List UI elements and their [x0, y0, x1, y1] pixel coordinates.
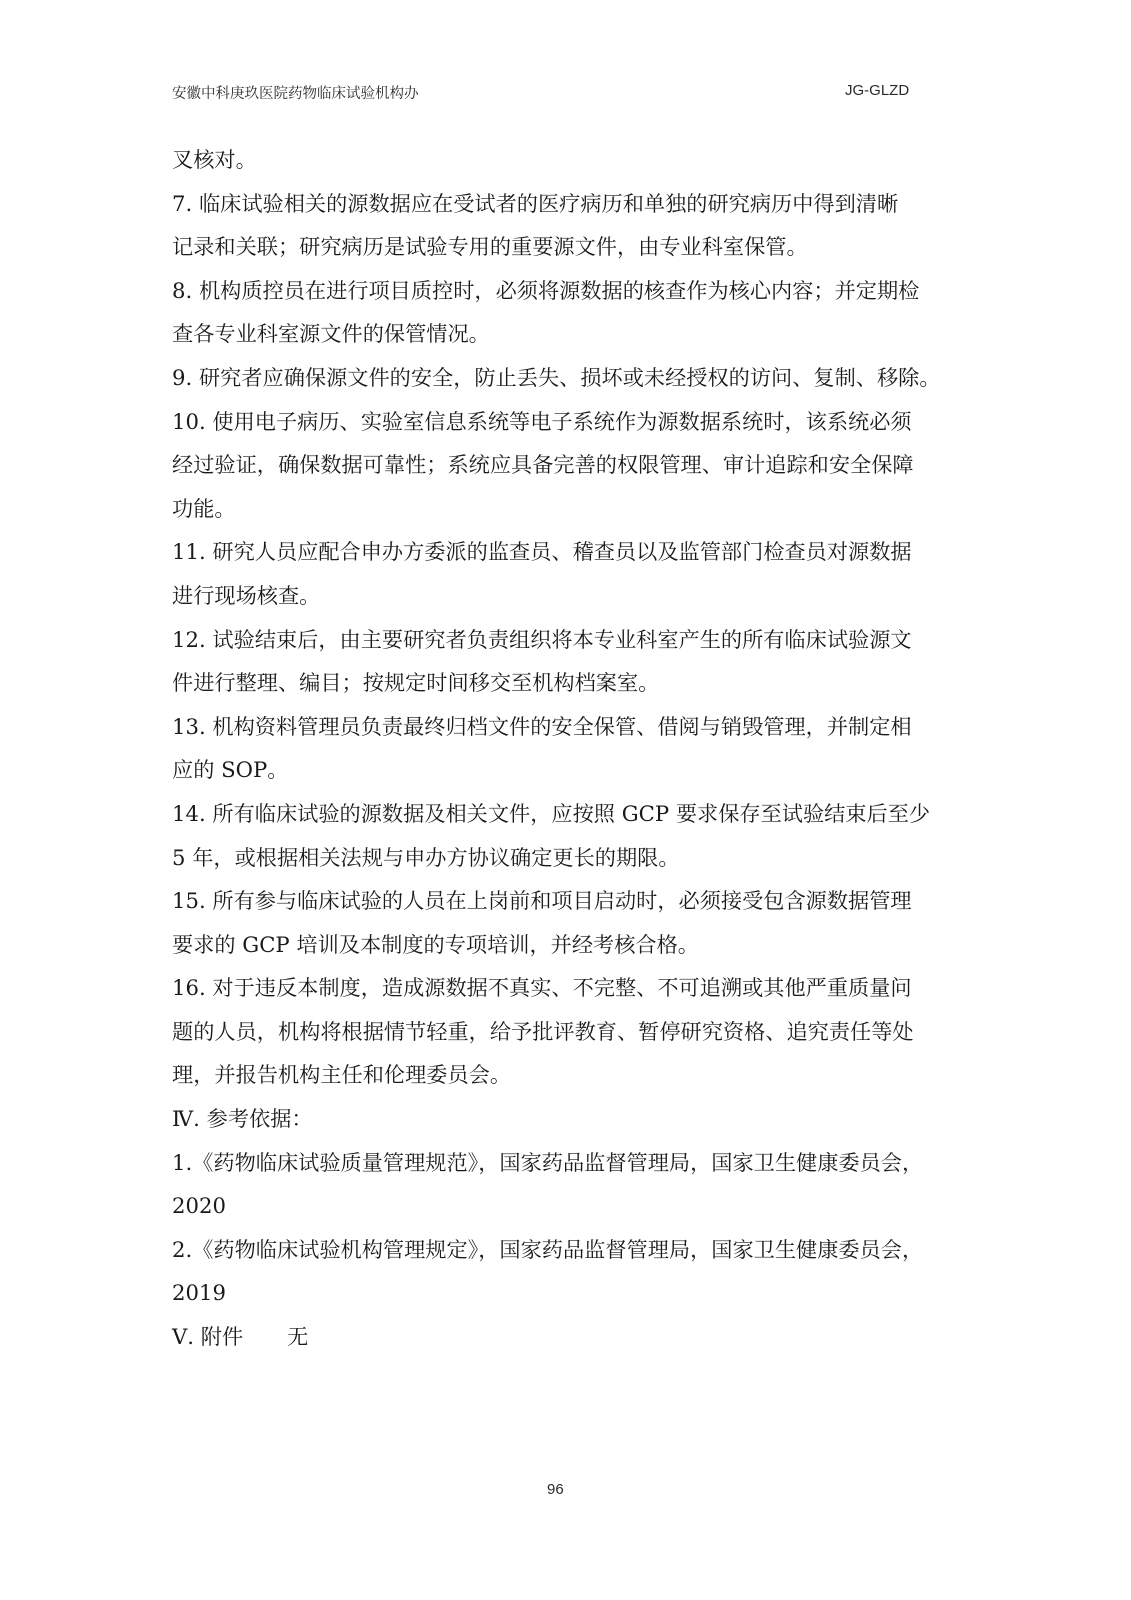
- text-line: 12. 试验结束后，由主要研究者负责组织将本专业科室产生的所有临床试验源文: [172, 618, 944, 662]
- text-line: 14. 所有临床试验的源数据及相关文件，应按照 GCP 要求保存至试验结束后至少: [172, 792, 944, 836]
- reference-year: 2020: [172, 1184, 944, 1228]
- reference-item: 2.《药物临床试验机构管理规定》，国家药品监督管理局，国家卫生健康委员会，: [172, 1228, 944, 1272]
- page-number: 96: [547, 1481, 564, 1498]
- page-header: 安徽中科庚玖医院药物临床试验机构办 JG-GLZD: [172, 82, 912, 106]
- text-line: 要求的 GCP 培训及本制度的专项培训，并经考核合格。: [172, 923, 944, 967]
- reference-year: 2019: [172, 1271, 944, 1315]
- text-line: 记录和关联；研究病历是试验专用的重要源文件，由专业科室保管。: [172, 225, 944, 269]
- document-body: 叉核对。 7. 临床试验相关的源数据应在受试者的医疗病历和单独的研究病历中得到清…: [172, 138, 944, 1359]
- text-line: 13. 机构资料管理员负责最终归档文件的安全保管、借阅与销毁管理，并制定相: [172, 705, 944, 749]
- text-line: 11. 研究人员应配合申办方委派的监查员、稽查员以及监管部门检查员对源数据: [172, 530, 944, 574]
- text-line: 件进行整理、编目；按规定时间移交至机构档案室。: [172, 661, 944, 705]
- text-line: 题的人员，机构将根据情节轻重，给予批评教育、暂停研究资格、追究责任等处: [172, 1010, 944, 1054]
- text-line: 应的 SOP。: [172, 748, 944, 792]
- section-heading-appendix: Ⅴ. 附件无: [172, 1315, 944, 1359]
- text-line: 查各专业科室源文件的保管情况。: [172, 312, 944, 356]
- appendix-value: 无: [287, 1324, 308, 1349]
- text-line: 进行现场核查。: [172, 574, 944, 618]
- header-doc-code: JG-GLZD: [845, 82, 909, 99]
- text-line: 理，并报告机构主任和伦理委员会。: [172, 1053, 944, 1097]
- document-page: 安徽中科庚玖医院药物临床试验机构办 JG-GLZD 叉核对。 7. 临床试验相关…: [0, 0, 1131, 1600]
- text-line: 5 年，或根据相关法规与申办方协议确定更长的期限。: [172, 836, 944, 880]
- text-line: 7. 临床试验相关的源数据应在受试者的医疗病历和单独的研究病历中得到清晰: [172, 182, 944, 226]
- text-line: 经过验证，确保数据可靠性；系统应具备完善的权限管理、审计追踪和安全保障: [172, 443, 944, 487]
- section-heading-references: Ⅳ. 参考依据：: [172, 1097, 944, 1141]
- header-organization: 安徽中科庚玖医院药物临床试验机构办: [172, 82, 419, 103]
- reference-item: 1.《药物临床试验质量管理规范》，国家药品监督管理局，国家卫生健康委员会，: [172, 1141, 944, 1185]
- text-line: 10. 使用电子病历、实验室信息系统等电子系统作为源数据系统时，该系统必须: [172, 400, 944, 444]
- text-line: 功能。: [172, 487, 944, 531]
- text-line: 16. 对于违反本制度，造成源数据不真实、不完整、不可追溯或其他严重质量问: [172, 966, 944, 1010]
- text-line: 15. 所有参与临床试验的人员在上岗前和项目启动时，必须接受包含源数据管理: [172, 879, 944, 923]
- text-line: 叉核对。: [172, 138, 944, 182]
- appendix-label: Ⅴ. 附件: [172, 1324, 243, 1349]
- text-line: 8. 机构质控员在进行项目质控时，必须将源数据的核查作为核心内容；并定期检: [172, 269, 944, 313]
- text-line: 9. 研究者应确保源文件的安全，防止丢失、损坏或未经授权的访问、复制、移除。: [172, 356, 944, 400]
